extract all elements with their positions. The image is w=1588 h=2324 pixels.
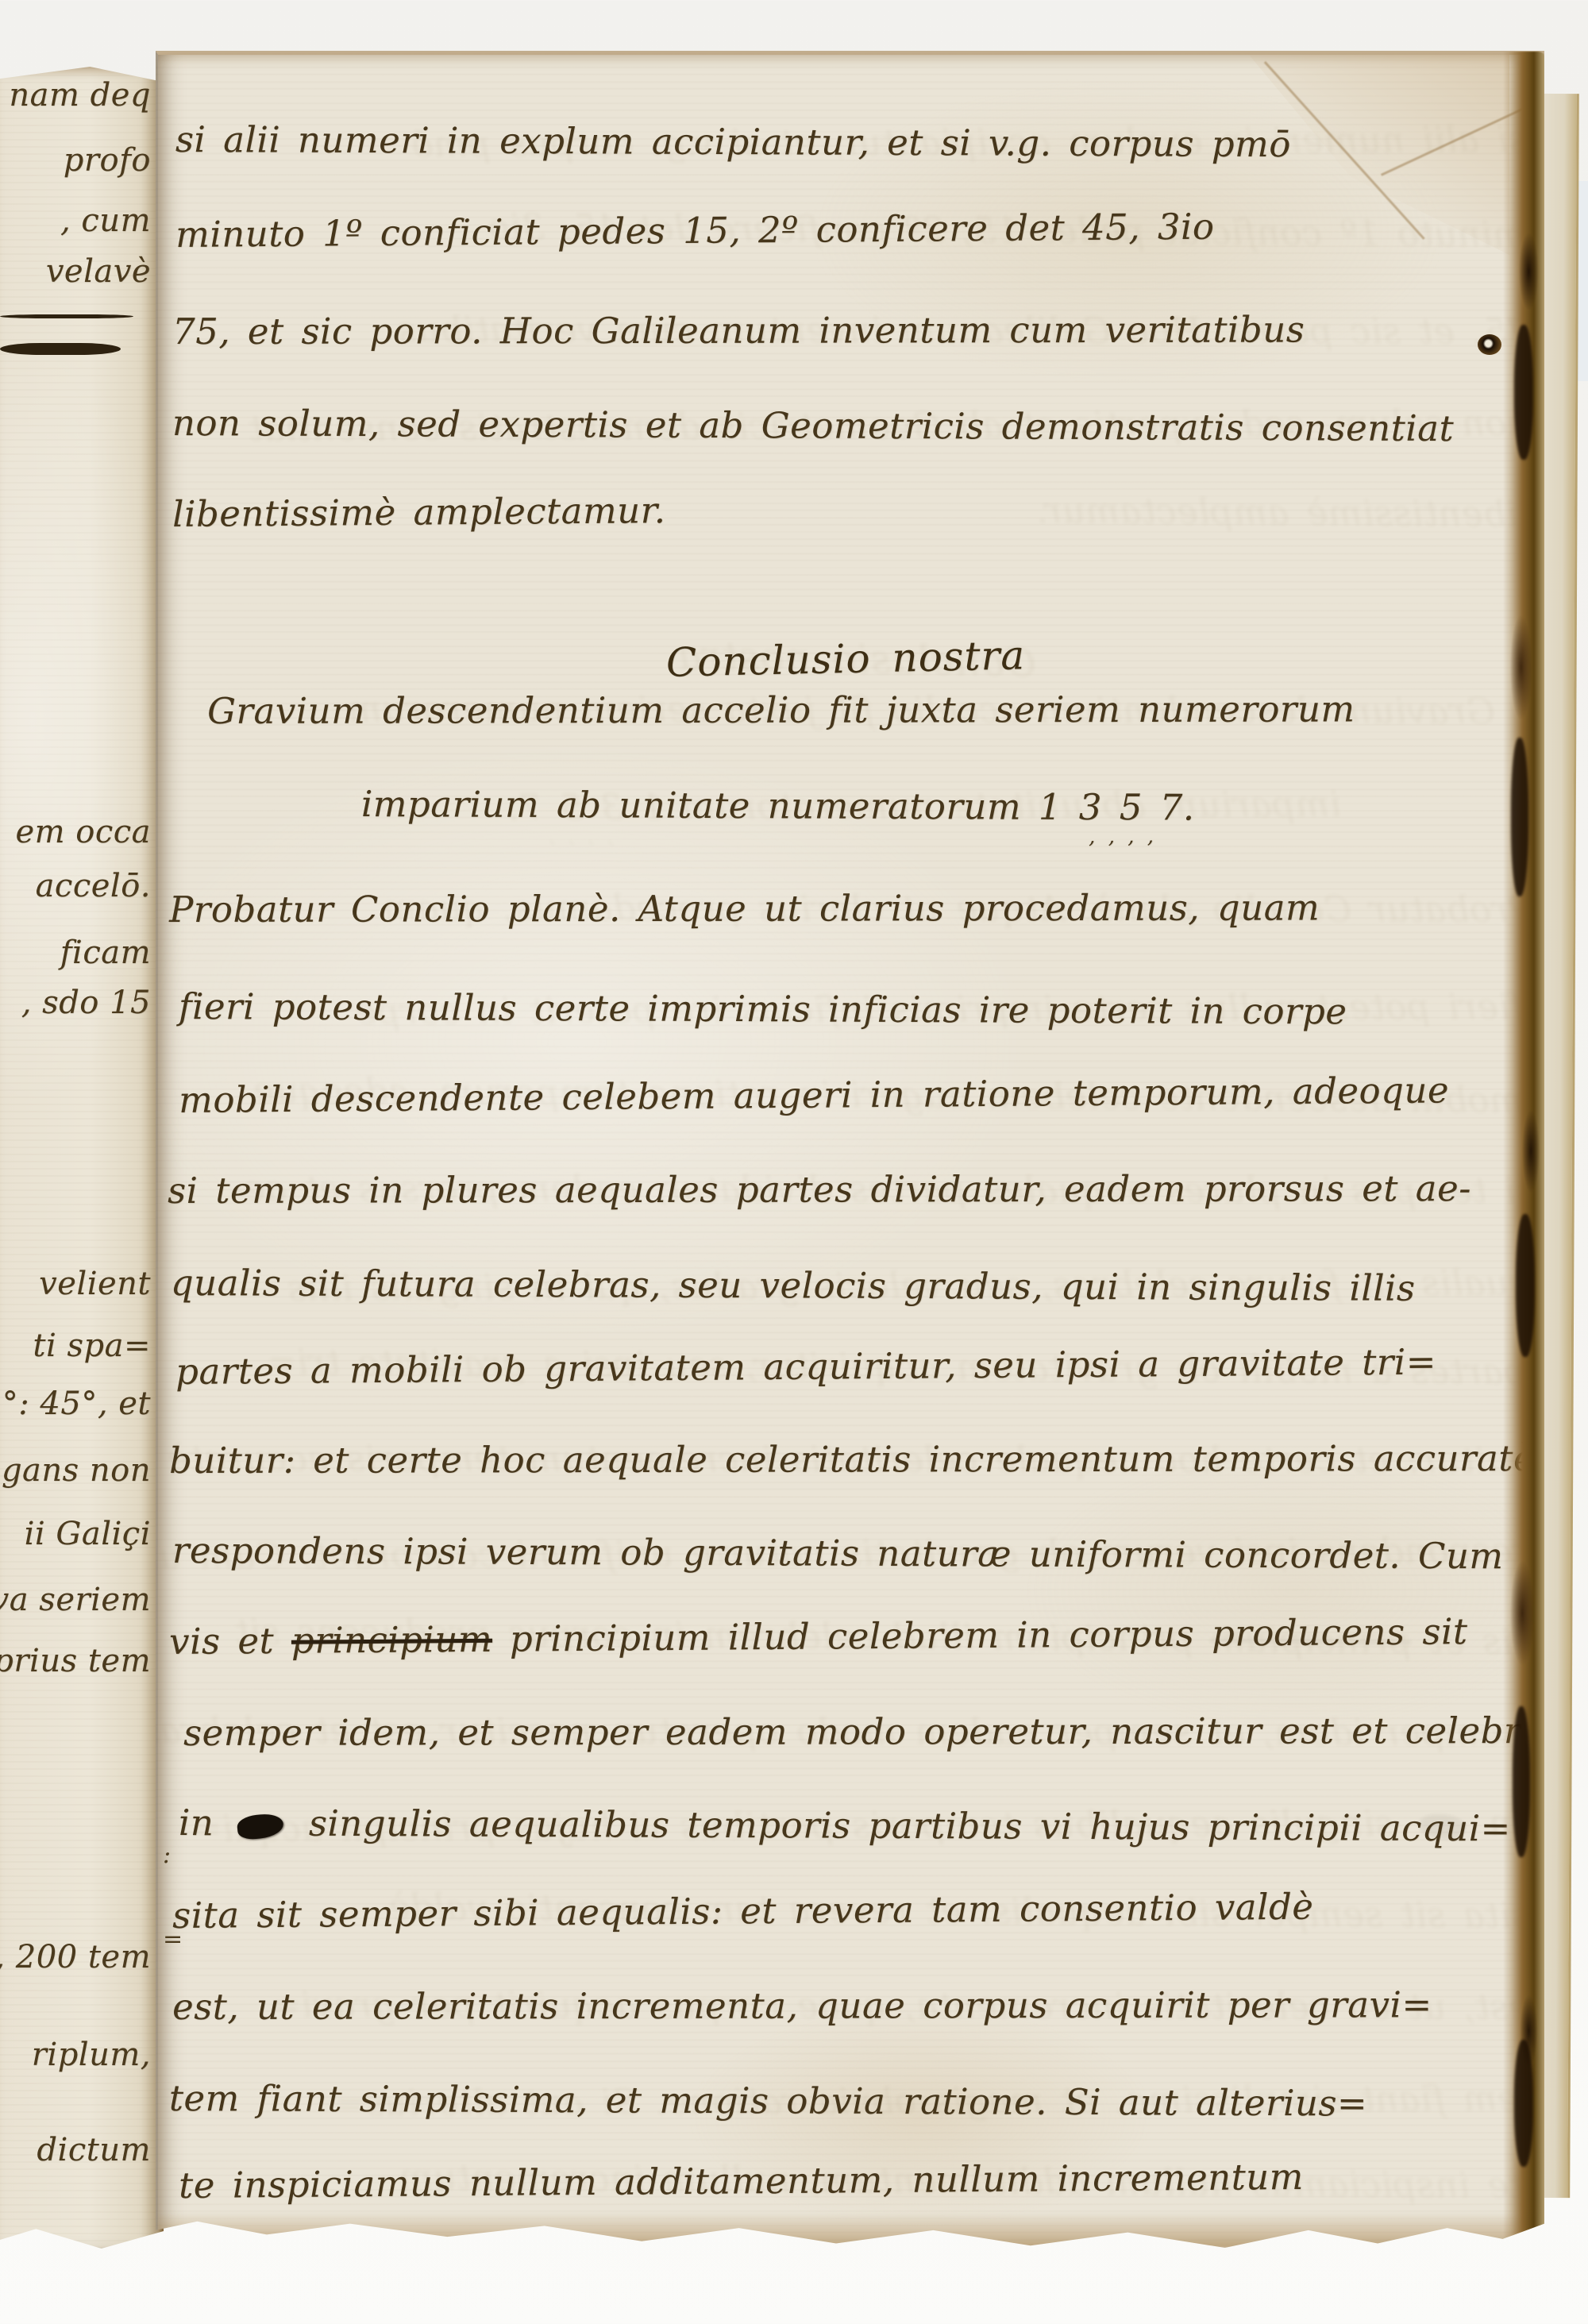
edge-blob bbox=[1514, 325, 1533, 460]
manuscript-line: tem fiant simplissima, et magis obvia ra… bbox=[169, 2080, 1367, 2122]
edge-blob bbox=[1513, 1706, 1530, 1857]
left-page-fragment: n°: 45°, et bbox=[0, 1388, 151, 1420]
edge-blob bbox=[1516, 1214, 1535, 1357]
manuscript-line: , , , , bbox=[1089, 826, 1154, 847]
left-page-fragment: velavè bbox=[46, 256, 151, 287]
manuscript-line: qualis sit futura celebras, seu velocis … bbox=[171, 1265, 1416, 1306]
left-page-fragment: ficam bbox=[60, 937, 151, 969]
manuscript-line: non solum, sed expertis et ab Geometrici… bbox=[172, 405, 1454, 446]
manuscript-line: libentissimè amplectamur. bbox=[172, 492, 666, 532]
left-page-fragment: , cum bbox=[60, 205, 151, 237]
manuscript-line: si alii numeri in explum accipiantur, et… bbox=[175, 121, 1291, 162]
manuscript-line: Gravium descendentium accelio fit juxta … bbox=[207, 691, 1355, 729]
left-page-fragment: ti spa= bbox=[33, 1330, 151, 1362]
left-page-fragment: nam deq bbox=[9, 79, 151, 111]
left-page-fragment: , sdo 15 bbox=[21, 987, 151, 1019]
edge-blob bbox=[1511, 738, 1528, 896]
left-page-fragment: prius tem bbox=[0, 1645, 151, 1677]
ink-blot bbox=[237, 1813, 285, 1841]
section-heading: Conclusio nostra bbox=[666, 635, 1026, 682]
manuscript-line: in singulis aequalibus temporis partibus… bbox=[179, 1805, 1511, 1846]
left-page-fragment: accelō. bbox=[36, 870, 151, 902]
left-page-fragment: velient bbox=[39, 1268, 151, 1300]
main-page: 15 Conclusio nostra si alii numeri in ex… bbox=[156, 51, 1544, 2248]
manuscript-line: vis et principium principium illud celeb… bbox=[169, 1613, 1468, 1659]
left-page: nam deqprofo, cumvelavèem occaaccelō.fic… bbox=[0, 67, 164, 2249]
manuscript-line: 75, et sic porro. Hoc Galileanum inventu… bbox=[172, 312, 1305, 349]
manuscript-photo: nam deqprofo, cumvelavèem occaaccelō.fic… bbox=[0, 0, 1588, 2324]
left-page-fragment: dictum bbox=[37, 2134, 151, 2166]
margin-mark: = bbox=[163, 1928, 183, 1952]
left-page-fragment: va seriem bbox=[0, 1584, 151, 1616]
left-page-fragment: riplum, bbox=[32, 2039, 151, 2071]
manuscript-line: est, ut ea celeritatis incrementa, quae … bbox=[172, 1987, 1432, 2025]
manuscript-line: te inspiciamus nullum additamentum, null… bbox=[179, 2159, 1304, 2203]
manuscript-line: imparium ab unitate numeratorum 1 3 5 7. bbox=[361, 786, 1195, 826]
left-page-fragment: , 200 tem bbox=[0, 1941, 151, 1973]
wormhole bbox=[1478, 334, 1501, 355]
manuscript-line: sita sit semper sibi aequalis: et revera… bbox=[172, 1889, 1314, 1933]
left-page-fragment: profo bbox=[64, 145, 151, 176]
manuscript-line: partes a mobili ob gravitatem acquiritur… bbox=[175, 1344, 1436, 1389]
manuscript-line: semper idem, et semper eadem modo operet… bbox=[183, 1713, 1562, 1751]
manuscript-line: fieri potest nullus certe imprimis infic… bbox=[179, 989, 1347, 1029]
manuscript-line: Probatur Conclio planè. Atque ut clarius… bbox=[169, 889, 1320, 927]
crossed-out-word: principium bbox=[291, 1618, 493, 1662]
manuscript-line: minuto 1º conficiat pedes 15, 2º confice… bbox=[175, 209, 1215, 252]
left-page-fragment: ii Galiçi bbox=[25, 1518, 151, 1550]
margin-mark: : bbox=[163, 1844, 171, 1867]
edge-blob bbox=[1514, 2040, 1533, 2167]
manuscript-line: buitur: et certe hoc aequale celeritatis… bbox=[169, 1440, 1535, 1478]
bottom-deckle-edge bbox=[158, 2213, 1544, 2248]
ink-rule bbox=[0, 343, 121, 355]
left-page-fragment: em occa bbox=[15, 816, 151, 848]
text-layer: Conclusio nostra si alii numeri in explu… bbox=[158, 55, 1544, 2248]
manuscript-line: si tempus in plures aequales partes divi… bbox=[168, 1170, 1471, 1208]
ink-rule bbox=[0, 314, 133, 318]
left-page-fragment: gans non bbox=[2, 1455, 151, 1486]
manuscript-line: mobili descendente celebem augeri in rat… bbox=[179, 1072, 1449, 1118]
manuscript-line: respondens ipsi verum ob gravitatis natu… bbox=[172, 1532, 1575, 1574]
